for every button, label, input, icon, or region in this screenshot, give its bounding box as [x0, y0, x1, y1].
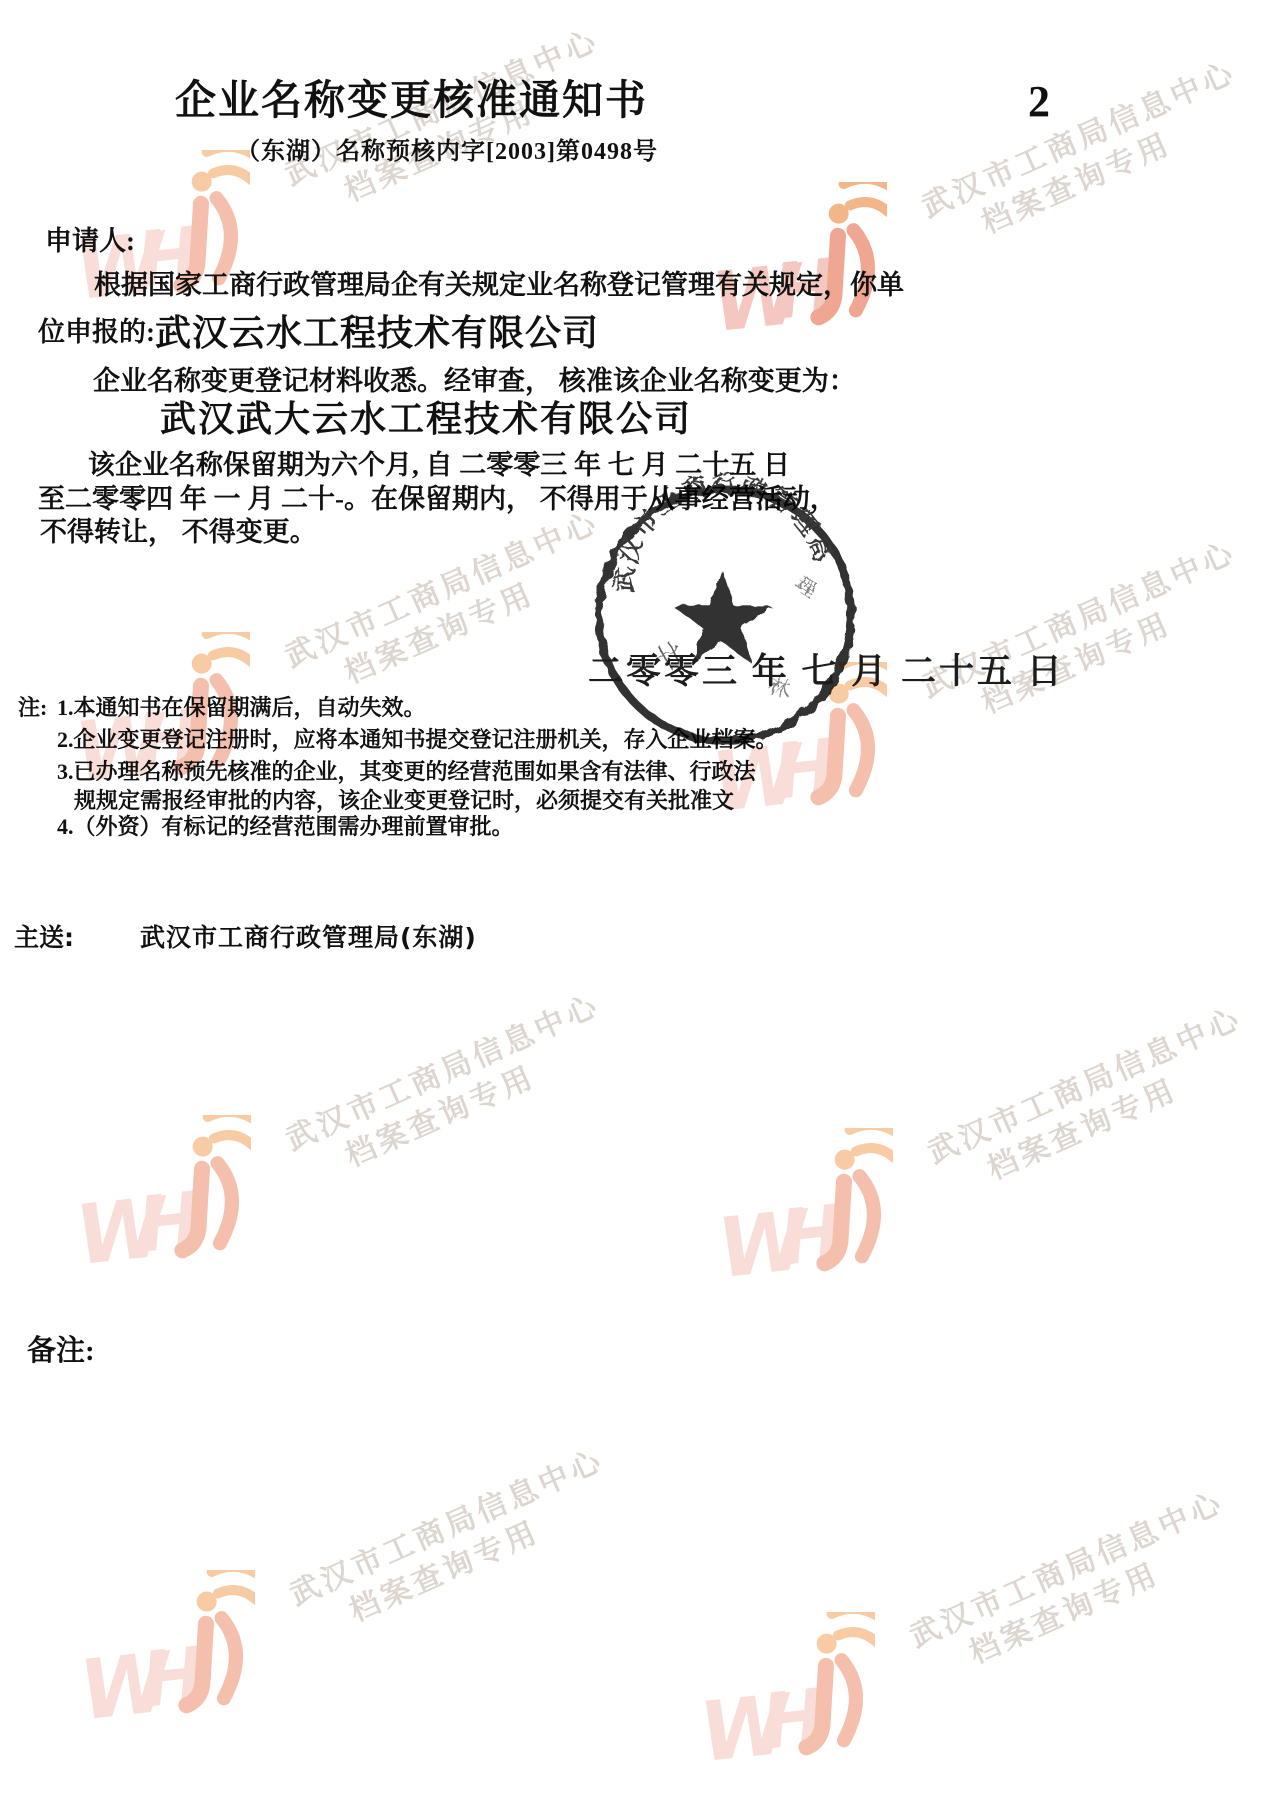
old-company-name: 武汉云水工程技术有限公司 — [155, 313, 599, 354]
whd-logo-icon — [718, 1128, 893, 1278]
page-number: 2 — [1028, 80, 1050, 124]
watermark-text: 武汉市工商局信息中心档案查询专用 — [923, 1002, 1263, 1207]
document-number: （东湖）名称预核内字[2003]第0498号 — [236, 140, 658, 164]
recipient-label: 主送: — [14, 925, 74, 950]
paragraph3-line3: 不得转让， 不得变更。 — [40, 519, 317, 546]
declared-by-prefix: 位申报的: — [38, 317, 155, 347]
watermark-text: 武汉市工商局信息中心档案查询专用 — [285, 1444, 625, 1649]
official-seal-stamp: 武汉市工商行政管理局 卄 林 理 — [572, 462, 878, 768]
notes-label: 注: — [18, 697, 47, 719]
watermark-text: 武汉市工商局信息中心档案查询专用 — [281, 989, 621, 1194]
watermark-text: 武汉市工商局信息中心档案查询专用 — [280, 24, 620, 229]
note-item-4: 4.（外资）有标记的经营范围需办理前置审批。 — [57, 816, 514, 838]
page-title: 企业名称变更核准通知书 — [175, 80, 648, 121]
whd-logo-icon — [80, 1570, 255, 1720]
stamp-smudge-glyph: 理 — [792, 573, 821, 602]
whd-logo-icon — [712, 182, 887, 332]
remarks-label: 备注: — [27, 1337, 95, 1366]
note-item-1: 1.本通知书在保留期满后，自动失效。 — [57, 697, 426, 719]
whd-logo-icon — [76, 1115, 251, 1265]
scanned-notice-document: W H 武汉市工商局信息中心档案查询专用 武汉市工商局信息中心档案查询专用 武汉… — [0, 0, 1268, 1816]
new-company-name: 武汉武大云水工程技术有限公司 — [160, 402, 692, 438]
paragraph1-line1: 根据国家工商行政管理局企有关规定业名称登记管理有关规定，你单 — [94, 272, 904, 299]
watermark-text: 武汉市工商局信息中心档案查询专用 — [280, 506, 620, 711]
stamp-date: 二零零三 年 七 月 二十五 日 — [588, 654, 1065, 689]
watermark-text: 武汉市工商局信息中心档案查询专用 — [905, 1486, 1245, 1691]
note-item-3-continued: 规规定需报经审批的内容，该企业变更登记时，必须提交有关批准文 — [74, 790, 734, 812]
applicant-label: 申请人: — [45, 228, 135, 255]
paragraph2: 企业名称变更登记材料收悉。经审查， 核准该企业名称变更为： — [93, 368, 856, 395]
watermark-text: 武汉市工商局信息中心档案查询专用 — [917, 56, 1257, 261]
watermark-text: 武汉市工商局信息中心档案查询专用 — [917, 536, 1257, 741]
star-icon — [673, 570, 772, 664]
paragraph1-line2: 位申报的:武汉云水工程技术有限公司 — [38, 316, 599, 352]
whd-logo-icon — [700, 1612, 875, 1762]
recipient-value: 武汉市工商行政管理局(东湖) — [140, 925, 477, 950]
